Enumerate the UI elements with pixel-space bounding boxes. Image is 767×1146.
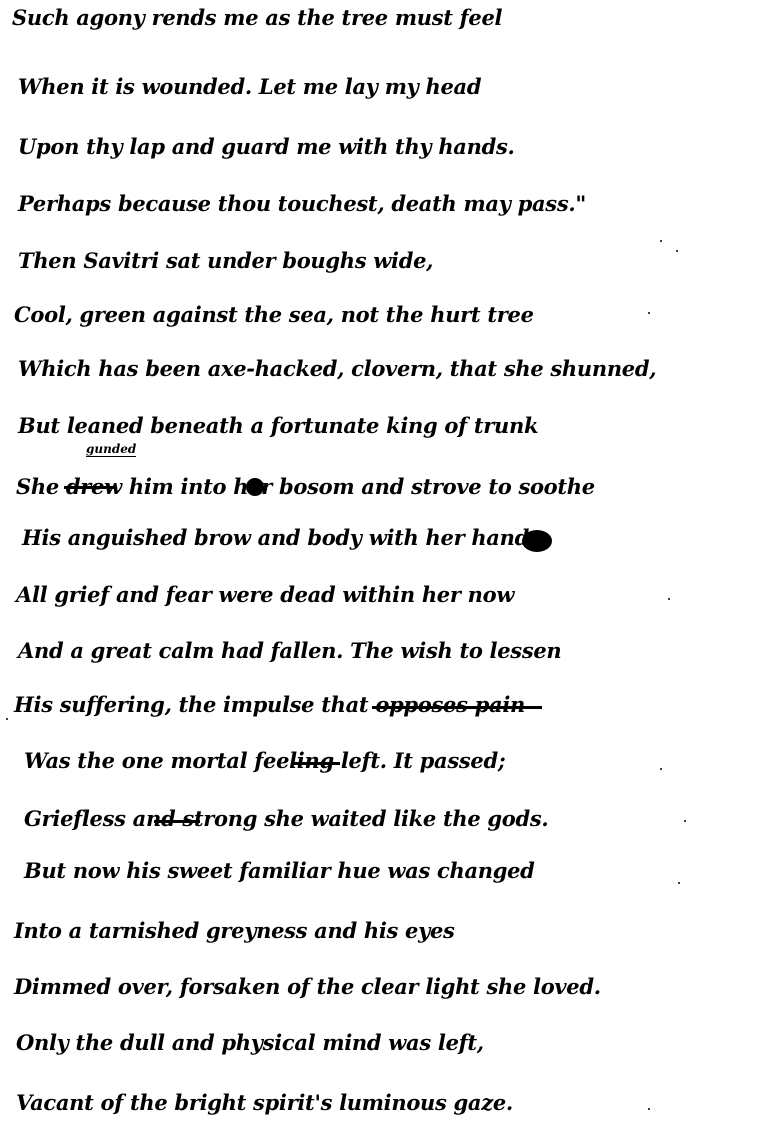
manuscript-line-17: Into a tarnished greyness and his eyes (14, 918, 455, 943)
cancellation-mark (292, 762, 340, 765)
scan-speck (648, 312, 650, 314)
manuscript-line-20: Vacant of the bright spirit's luminous g… (16, 1090, 513, 1115)
manuscript-line-1: Such agony rends me as the tree must fee… (12, 5, 502, 30)
manuscript-line-8: But leaned beneath a fortunate king of t… (18, 413, 538, 438)
manuscript-line-7: Which has been axe-hacked, clovern, that… (18, 356, 656, 381)
cancellation-mark (64, 486, 116, 489)
ink-blot (522, 530, 552, 552)
manuscript-line-6: Cool, green against the sea, not the hur… (14, 302, 534, 327)
scan-speck (676, 250, 678, 252)
manuscript-line-12: And a great calm had fallen. The wish to… (18, 638, 561, 663)
scan-speck (660, 768, 662, 770)
manuscript-line-10: His anguished brow and body with her han… (22, 525, 548, 550)
scan-speck (6, 718, 8, 720)
manuscript-line-18: Dimmed over, forsaken of the clear light… (14, 974, 601, 999)
manuscript-line-3: Upon thy lap and guard me with thy hands… (18, 134, 515, 159)
scan-speck (684, 820, 686, 822)
cancellation-mark (372, 706, 542, 709)
manuscript-line-16: But now his sweet familiar hue was chang… (24, 858, 535, 883)
manuscript-line-14: Was the one mortal feeling left. It pass… (24, 748, 505, 773)
cancellation-mark (154, 820, 200, 823)
scan-speck (648, 1108, 650, 1110)
manuscript-line-13: His suffering, the impulse that opposes … (14, 692, 525, 717)
interlinear-insertion: gunded (86, 442, 136, 457)
manuscript-line-11: All grief and fear were dead within her … (16, 582, 514, 607)
manuscript-line-19: Only the dull and physical mind was left… (16, 1030, 484, 1055)
scan-speck (668, 598, 670, 600)
manuscript-line-4: Perhaps because thou touchest, death may… (18, 191, 586, 216)
manuscript-line-2: When it is wounded. Let me lay my head (18, 74, 481, 99)
manuscript-line-15: Griefless and strong she waited like the… (24, 806, 548, 831)
manuscript-line-5: Then Savitri sat under boughs wide, (18, 248, 433, 273)
scan-speck (660, 240, 662, 242)
scan-speck (678, 882, 680, 884)
ink-blot (246, 478, 264, 496)
manuscript-page: Such agony rends me as the tree must fee… (0, 0, 767, 1146)
